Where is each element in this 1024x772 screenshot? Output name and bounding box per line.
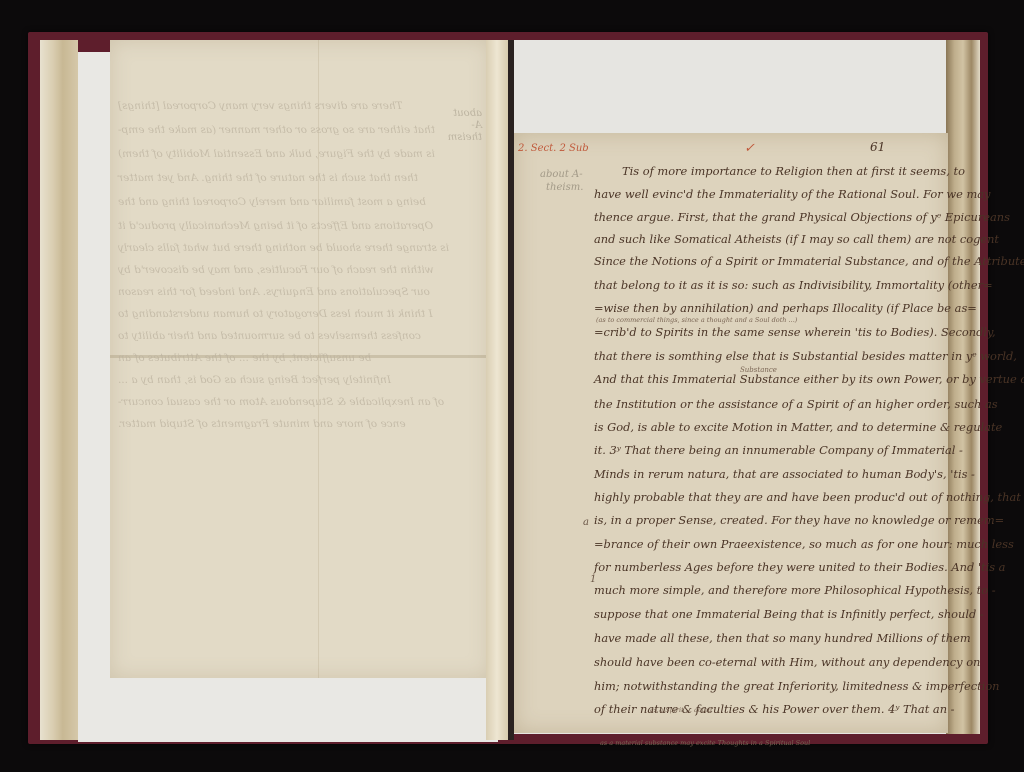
left-line: being a most familiar and merely Corpore… xyxy=(118,196,426,208)
left-line: be unsufficient, by the ... of the Attri… xyxy=(118,352,371,364)
right-line: =brance of their own Praeexistence, so m… xyxy=(594,537,1014,551)
right-line: is, in a proper Sense, created. For they… xyxy=(594,513,1004,527)
right-line: for numberless Ages before they were uni… xyxy=(594,560,1005,574)
interlinear-note: as a material substance may excite Thoug… xyxy=(600,739,810,747)
book-gutter xyxy=(486,40,508,740)
right-line: that there is somthing else that is Subs… xyxy=(594,349,1017,363)
interlinear-note: as a Spirit ... acted xyxy=(650,706,712,714)
red-tick-mark: ✓ xyxy=(744,141,755,156)
folio-number: 61 xyxy=(870,140,885,154)
left-line: Operations and Effects of it being Mecha… xyxy=(118,220,433,232)
right-line: should have been co-eternal with Him, wi… xyxy=(594,655,980,669)
right-line: Minds in rerum natura, that are associat… xyxy=(594,467,975,481)
right-line: highly probable that they are and have b… xyxy=(594,490,1021,504)
right-line: and such like Somatical Atheists (if I m… xyxy=(594,232,999,246)
left-line: is made by the Figure, bulk and Essentia… xyxy=(118,148,435,160)
right-page-edges xyxy=(946,40,980,734)
left-line: confess themselves to be surmounted and … xyxy=(118,330,421,342)
right-line: =wise then by annihilation) and perhaps … xyxy=(594,301,977,315)
left-line: within the reach of our Faculties, and m… xyxy=(118,264,434,276)
right-line: that belong to it as it is so: such as I… xyxy=(594,278,993,292)
left-margin-note: about A- theism xyxy=(440,108,482,144)
right-line: is God, is able to excite Motion in Matt… xyxy=(594,420,1002,434)
right-line: thence argue. First, that the grand Phys… xyxy=(594,210,1010,224)
left-line: I think it much less Derogatory to human… xyxy=(118,308,433,320)
right-margin-note-line-1: about A- xyxy=(540,169,583,180)
right-line: have made all these, then that so many h… xyxy=(594,631,971,645)
right-line: =crib'd to Spirits in the same sense whe… xyxy=(594,325,996,339)
left-line: then that such is the nature of the thin… xyxy=(118,172,418,184)
right-line: of their nature & faculties & his Power … xyxy=(594,702,955,716)
right-line: have well evinc'd the Immateriality of t… xyxy=(594,187,990,201)
right-line: much more simple, and therefore more Phi… xyxy=(594,583,996,597)
right-line: Tis of more importance to Religion then … xyxy=(622,164,965,178)
right-margin-note-line-2: theism. xyxy=(546,182,583,193)
red-shelf-note: 2. Sect. 2 Sub xyxy=(518,143,589,154)
left-line: There are divers things very many Corpor… xyxy=(118,100,403,112)
right-line: it. 3ʸ That there being an innumerable C… xyxy=(594,443,963,457)
left-line: our Speculations and Enquirys. And indee… xyxy=(118,286,430,298)
right-line: suppose that one Immaterial Being that i… xyxy=(594,607,984,621)
right-line: And that this Immaterial Substance eithe… xyxy=(594,372,1024,386)
left-line: of an Inexplicable & Stupendous Atom or … xyxy=(118,396,444,408)
interlinear-note: Substance xyxy=(740,366,777,374)
margin-mark-a: a xyxy=(583,517,589,528)
left-line: that either are so gross or other manner… xyxy=(118,124,435,136)
left-line: Infinitely perfect Being such as God is,… xyxy=(118,374,391,386)
left-line: ence of more and minute Fragments of Stu… xyxy=(118,418,406,430)
interlinear-note: (as to commercial things, since a though… xyxy=(596,316,797,324)
right-line: the Institution or the assistance of a S… xyxy=(594,397,998,411)
right-line: Since the Notions of a Spirit or Immater… xyxy=(594,254,1024,268)
left-line: is strange there should be nothing there… xyxy=(118,242,449,254)
right-line: him; notwithstanding the great Inferiori… xyxy=(594,679,1000,693)
left-page-edges xyxy=(40,40,78,740)
